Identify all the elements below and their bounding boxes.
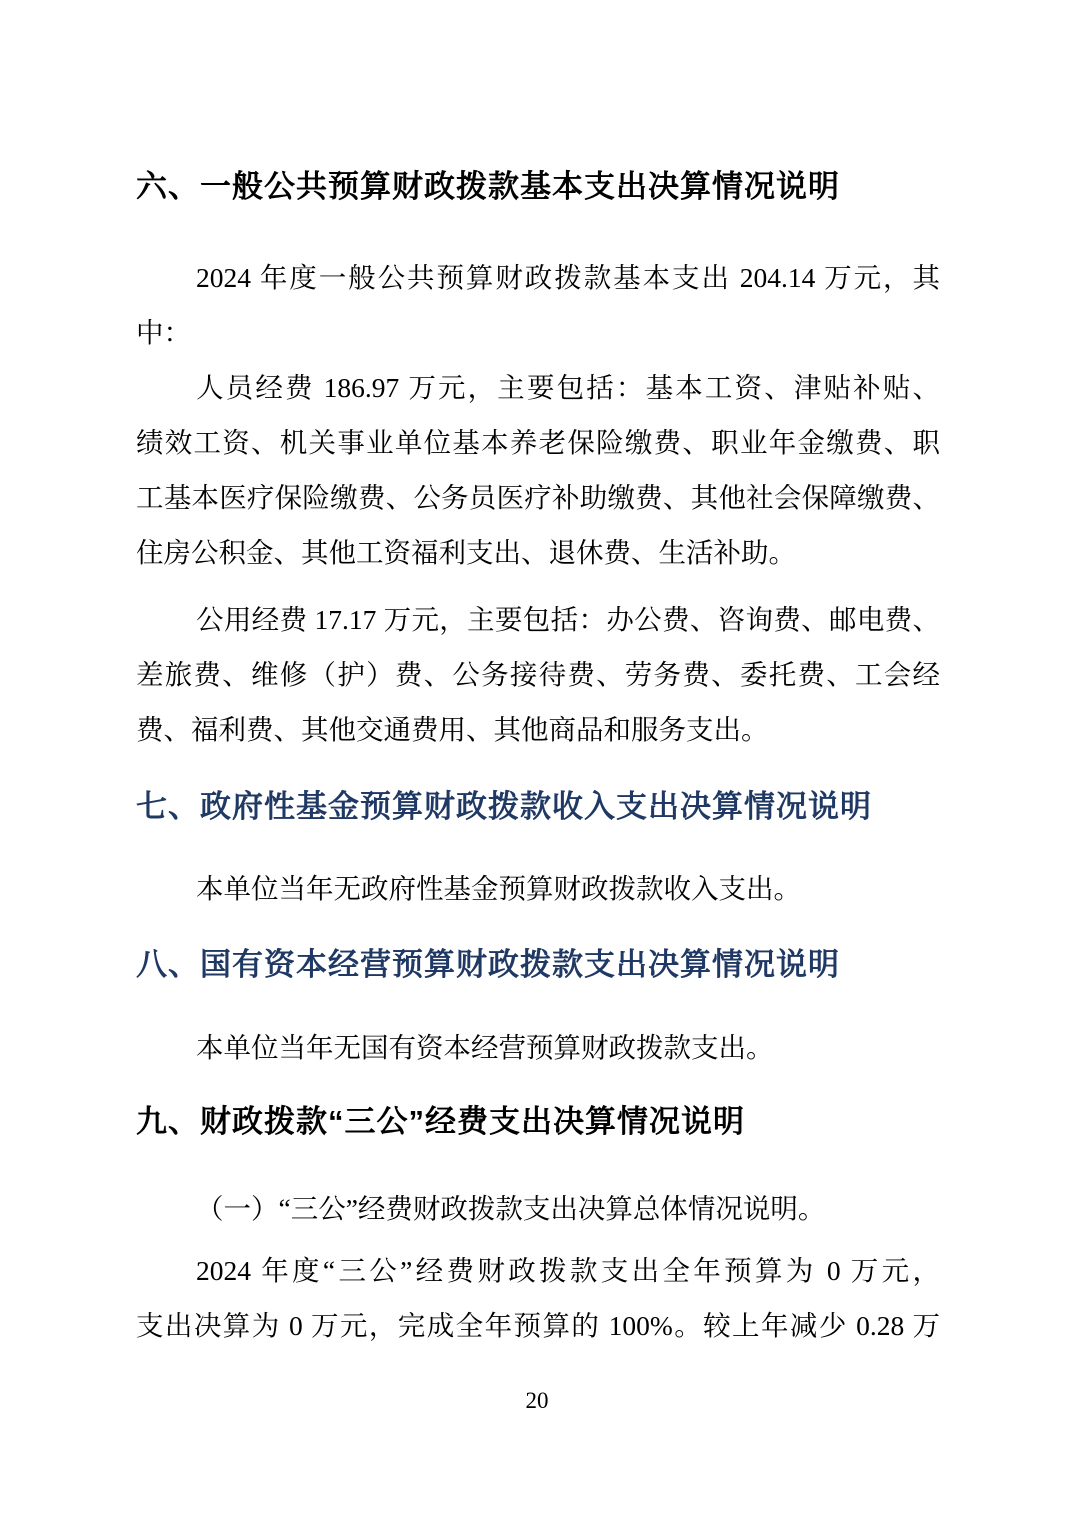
text-line: 差旅费、维修（护）费、公务接待费、劳务费、委托费、工会经 <box>136 647 940 702</box>
paragraph-basic-expenditure-total: 2024 年度一般公共预算财政拨款基本支出 204.14 万元，其 中： <box>136 250 940 360</box>
section-heading-8: 八、国有资本经营预算财政拨款支出决算情况说明 <box>136 942 940 988</box>
section-heading-6: 六、一般公共预算财政拨款基本支出决算情况说明 <box>136 164 940 210</box>
page-number: 20 <box>0 1386 1074 1416</box>
text-line: 2024 年度一般公共预算财政拨款基本支出 204.14 万元，其 <box>136 250 940 305</box>
section-heading-7: 七、政府性基金预算财政拨款收入支出决算情况说明 <box>136 784 940 830</box>
text-line: 公用经费 17.17 万元，主要包括：办公费、咨询费、邮电费、 <box>136 592 940 647</box>
text-line: 支出决算为 0 万元，完成全年预算的 100%。较上年减少 0.28 万 <box>136 1298 940 1353</box>
text-line: 本单位当年无政府性基金预算财政拨款收入支出。 <box>136 861 940 916</box>
text-line: 人员经费 186.97 万元，主要包括：基本工资、津贴补贴、 <box>136 360 940 415</box>
text-line: 费、福利费、其他交通费用、其他商品和服务支出。 <box>136 702 940 757</box>
text-line: 2024 年度“三公”经费财政拨款支出全年预算为 0 万元， <box>136 1243 940 1298</box>
paragraph-personnel-funds: 人员经费 186.97 万元，主要包括：基本工资、津贴补贴、 绩效工资、机关事业… <box>136 360 940 580</box>
document-content: 六、一般公共预算财政拨款基本支出决算情况说明 2024 年度一般公共预算财政拨款… <box>136 0 940 1353</box>
section-heading-9: 九、财政拨款“三公”经费支出决算情况说明 <box>136 1099 940 1145</box>
text-line: 工基本医疗保险缴费、公务员医疗补助缴费、其他社会保障缴费、 <box>136 470 940 525</box>
paragraph-three-public-budget: 2024 年度“三公”经费财政拨款支出全年预算为 0 万元， 支出决算为 0 万… <box>136 1243 940 1353</box>
paragraph-govt-fund-none: 本单位当年无政府性基金预算财政拨款收入支出。 <box>136 861 940 916</box>
paragraph-three-public-overview: （一）“三公”经费财政拨款支出决算总体情况说明。 <box>136 1181 940 1236</box>
text-line: 本单位当年无国有资本经营预算财政拨款支出。 <box>136 1020 940 1075</box>
text-line: 绩效工资、机关事业单位基本养老保险缴费、职业年金缴费、职 <box>136 415 940 470</box>
paragraph-state-capital-none: 本单位当年无国有资本经营预算财政拨款支出。 <box>136 1020 940 1075</box>
paragraph-public-funds: 公用经费 17.17 万元，主要包括：办公费、咨询费、邮电费、 差旅费、维修（护… <box>136 592 940 757</box>
document-page: 六、一般公共预算财政拨款基本支出决算情况说明 2024 年度一般公共预算财政拨款… <box>0 0 1074 1520</box>
text-line: 住房公积金、其他工资福利支出、退休费、生活补助。 <box>136 525 940 580</box>
text-line: 中： <box>136 305 940 360</box>
text-line: （一）“三公”经费财政拨款支出决算总体情况说明。 <box>136 1181 940 1236</box>
